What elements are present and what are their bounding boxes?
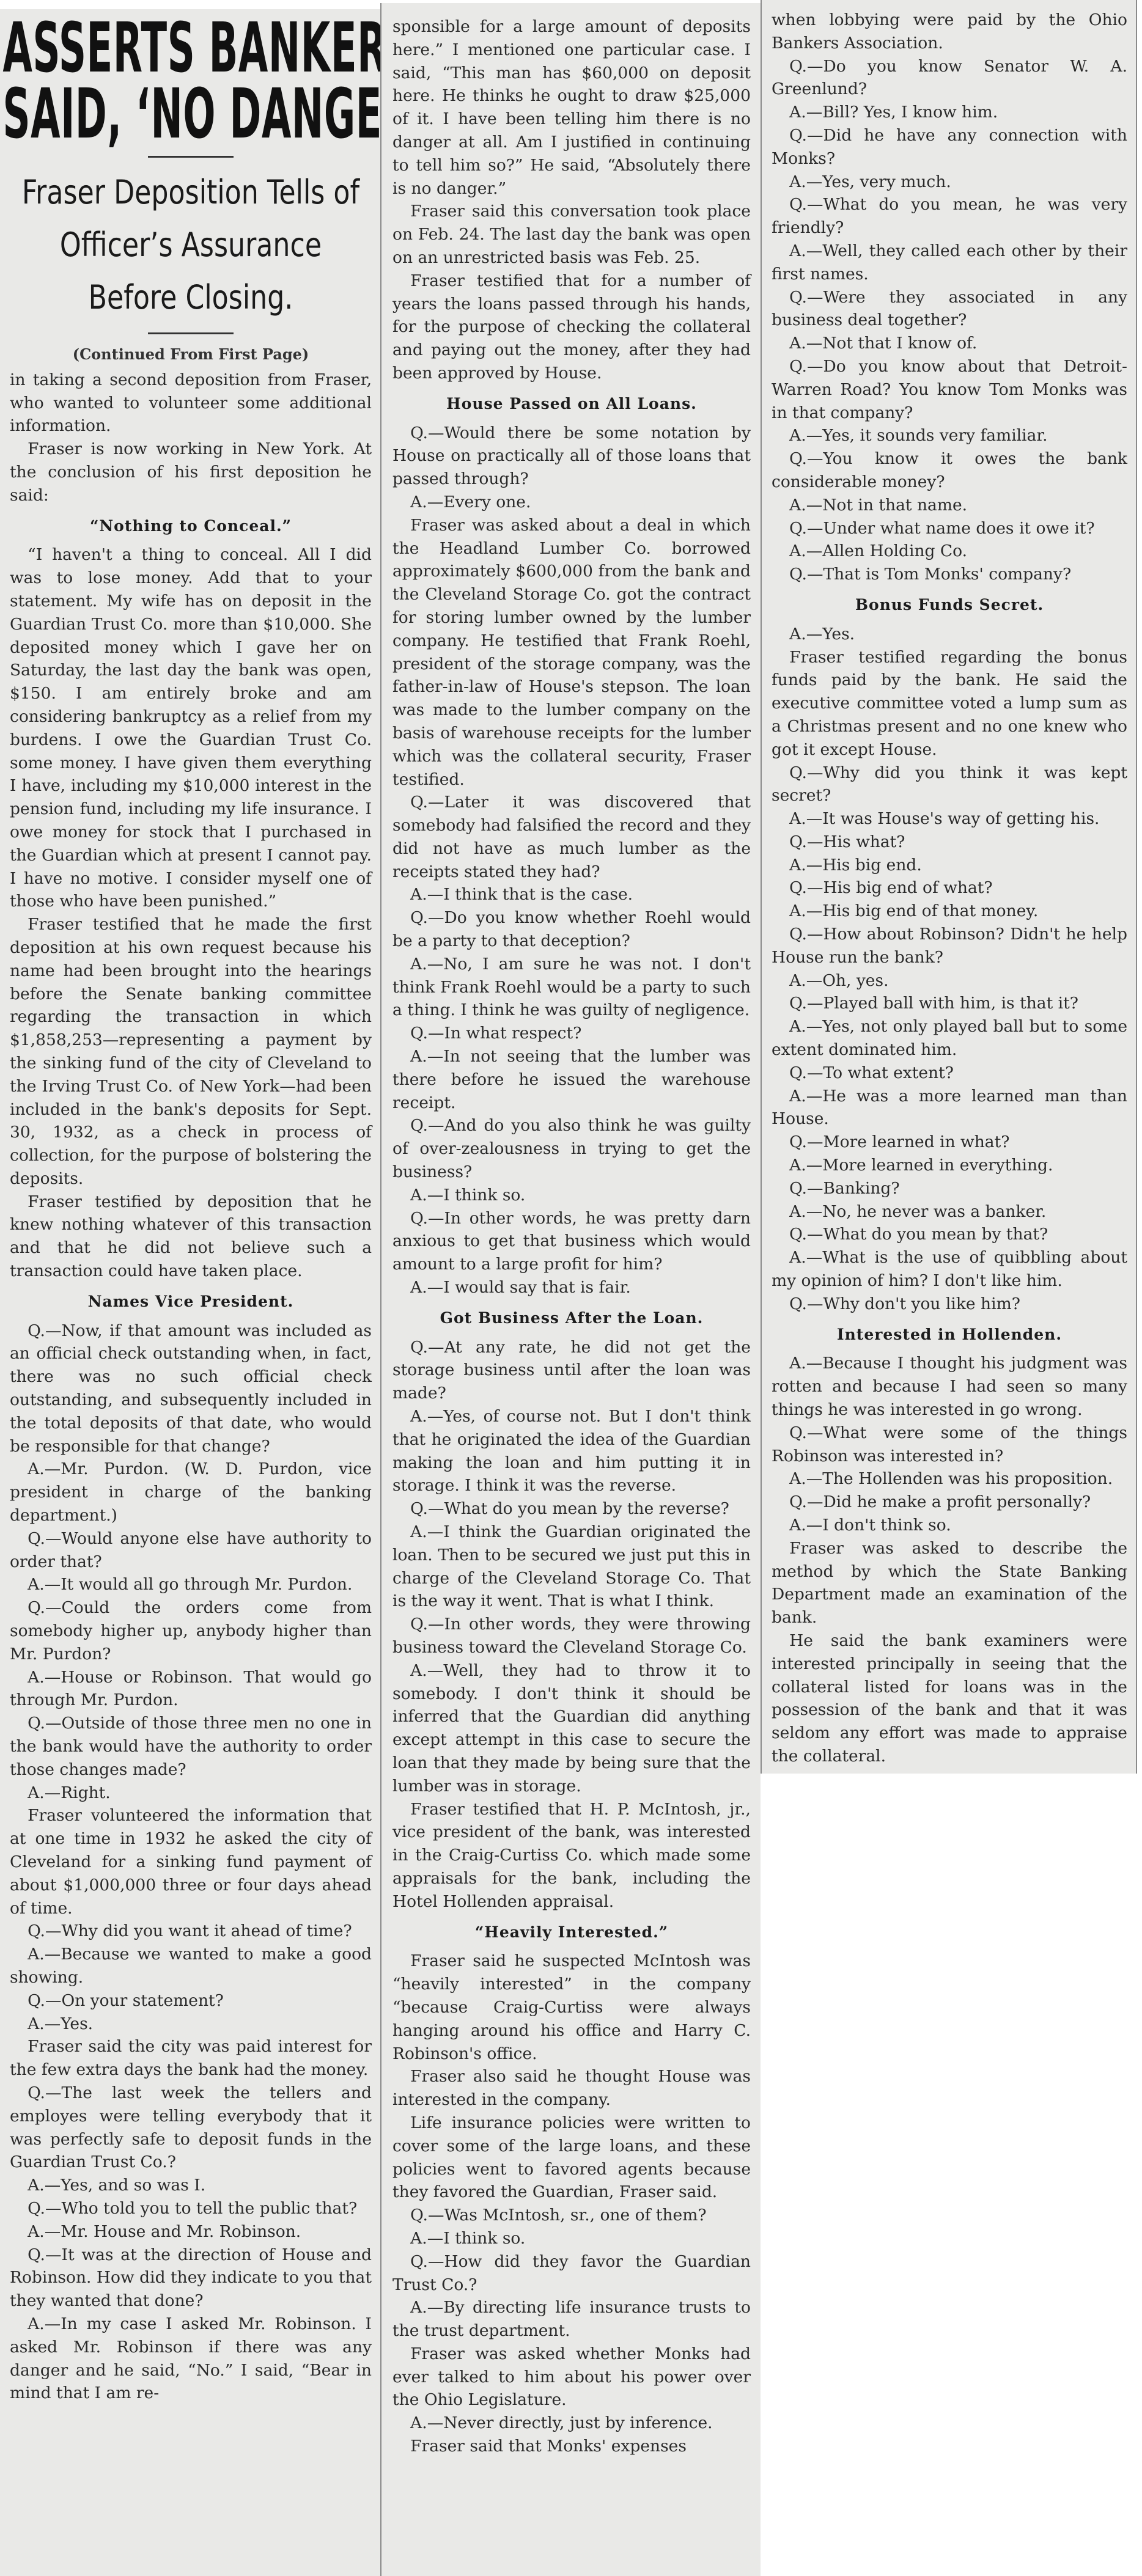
paragraph: Fraser was asked about a deal in which t… <box>392 514 751 791</box>
continued-note: (Continued From First Page) <box>10 343 372 366</box>
paragraph: Q.—Played ball with him, is that it? <box>772 992 1127 1015</box>
headline-line-1: ASSERTS BANKER <box>2 15 378 81</box>
paragraph: A.—Because I thought his judgment was ro… <box>772 1352 1127 1421</box>
paragraph: Q.—Could the orders come from somebody h… <box>10 1596 372 1665</box>
paragraph: Fraser was asked whether Monks had ever … <box>392 2343 751 2412</box>
section-subhead: “Nothing to Conceal.” <box>10 515 372 538</box>
paragraph: A.—It was House's way of getting his. <box>772 807 1127 831</box>
section-subhead: Names Vice President. <box>10 1290 372 1313</box>
paragraph: A.—Well, they called each other by their… <box>772 240 1127 286</box>
paragraph: A.—The Hollenden was his proposition. <box>772 1467 1127 1491</box>
paragraph: Q.—Under what name does it owe it? <box>772 517 1127 540</box>
paragraph: Fraser also said he thought House was in… <box>392 2065 751 2112</box>
paragraph: Fraser testified that for a number of ye… <box>392 270 751 385</box>
paragraph: A.—I think so. <box>392 2227 751 2250</box>
paragraph: A.—In my case I asked Mr. Robinson. I as… <box>10 2313 372 2405</box>
paragraph: Q.—His what? <box>772 831 1127 854</box>
paragraph: Q.—In other words, they were throwing bu… <box>392 1613 751 1659</box>
paragraph: A.—I think the Guardian originated the l… <box>392 1521 751 1613</box>
paragraph: A.—I don't think so. <box>772 1514 1127 1537</box>
paragraph: in taking a second deposition from Frase… <box>10 369 372 438</box>
paragraph: Q.—Why don't you like him? <box>772 1293 1127 1316</box>
paragraph: A.—I would say that is fair. <box>392 1276 751 1299</box>
paragraph: A.—No, he never was a banker. <box>772 1200 1127 1224</box>
section-subhead: “Heavily Interested.” <box>392 1921 751 1944</box>
paragraph: Q.—More learned in what? <box>772 1131 1127 1154</box>
paragraph: A.—House or Robinson. That would go thro… <box>10 1666 372 1712</box>
paragraph: A.—Yes, and so was I. <box>10 2174 372 2197</box>
section-subhead: Got Business After the Loan. <box>392 1307 751 1330</box>
section-subhead: House Passed on All Loans. <box>392 392 751 416</box>
deck-line-2: Officer’s Assurance <box>12 219 369 271</box>
paragraph: A.—Never directly, just by inference. <box>392 2412 751 2435</box>
paragraph: Q.—Why did you think it was kept secret? <box>772 761 1127 808</box>
paragraph: Q.—In what respect? <box>392 1022 751 1045</box>
paragraph: Q.—Were they associated in any business … <box>772 286 1127 332</box>
headline: ASSERTS BANKER SAID, ‘NO DANGER’ <box>2 15 378 147</box>
paragraph: A.—It would all go through Mr. Purdon. <box>10 1573 372 1596</box>
subheadline-deck: Fraser Deposition Tells of Officer’s Ass… <box>12 166 369 324</box>
paragraph: A.—Mr. House and Mr. Robinson. <box>10 2220 372 2244</box>
paragraph: A.—Well, they had to throw it to somebod… <box>392 1659 751 1798</box>
paragraph: A.—Yes. <box>10 2013 372 2036</box>
paragraph: A.—Right. <box>10 1782 372 1805</box>
paragraph: Q.—On your statement? <box>10 1989 372 2013</box>
paragraph: A.—His big end of that money. <box>772 900 1127 923</box>
paragraph: A.—Yes, very much. <box>772 171 1127 194</box>
paragraph: Q.—Do you know about that Detroit-Warren… <box>772 355 1127 424</box>
paragraph: A.—Yes, it sounds very familiar. <box>772 424 1127 447</box>
paragraph: A.—By directing life insurance trusts to… <box>392 2296 751 2343</box>
paragraph: He said the bank examiners were interest… <box>772 1629 1127 1768</box>
section-subhead: Interested in Hollenden. <box>772 1323 1127 1346</box>
article-column-2: sponsible for a large amount of deposits… <box>380 3 761 2576</box>
paragraph: Q.—What do you mean, he was very friendl… <box>772 193 1127 240</box>
paragraph: Q.—It was at the direction of House and … <box>10 2244 372 2313</box>
column-body: when lobbying were paid by the Ohio Bank… <box>772 9 1127 1768</box>
paragraph: A.—Yes, not only played ball but to some… <box>772 1015 1127 1062</box>
paragraph: Q.—Was McIntosh, sr., one of them? <box>392 2204 751 2227</box>
paragraph: A.—I think so. <box>392 1184 751 1207</box>
paragraph: A.—Not that I know of. <box>772 332 1127 355</box>
paragraph: A.—He was a more learned man than House. <box>772 1085 1127 1131</box>
paragraph: Q.—Would anyone else have authority to o… <box>10 1527 372 1574</box>
paragraph: Q.—Do you know whether Roehl would be a … <box>392 906 751 953</box>
paragraph: A.—More learned in everything. <box>772 1154 1127 1177</box>
paragraph: Fraser testified by deposition that he k… <box>10 1191 372 1283</box>
paragraph: A.—Bill? Yes, I know him. <box>772 101 1127 124</box>
paragraph: A.—Yes, of course not. But I don't think… <box>392 1405 751 1497</box>
paragraph: Fraser said this conversation took place… <box>392 200 751 269</box>
paragraph: A.—Not in that name. <box>772 494 1127 517</box>
paragraph: Fraser testified that H. P. McIntosh, jr… <box>392 1798 751 1914</box>
paragraph: Q.—What do you mean by that? <box>772 1223 1127 1246</box>
deck-line-1: Fraser Deposition Tells of <box>12 166 369 219</box>
paragraph: Q.—At any rate, he did not get the stora… <box>392 1336 751 1405</box>
paragraph: Q.—That is Tom Monks' company? <box>772 563 1127 586</box>
paragraph: Q.—And do you also think he was guilty o… <box>392 1114 751 1183</box>
paragraph: A.—His big end. <box>772 854 1127 877</box>
paragraph: A.—No, I am sure he was not. I don't thi… <box>392 953 751 1022</box>
paragraph: Q.—How about Robinson? Didn't he help Ho… <box>772 923 1127 969</box>
paragraph: Q.—His big end of what? <box>772 876 1127 900</box>
deck-divider <box>148 332 234 334</box>
paragraph: Q.—Did he make a profit personally? <box>772 1491 1127 1514</box>
paragraph: A.—Every one. <box>392 491 751 514</box>
section-subhead: Bonus Funds Secret. <box>772 593 1127 617</box>
paragraph: Q.—To what extent? <box>772 1062 1127 1085</box>
paragraph: when lobbying were paid by the Ohio Bank… <box>772 9 1127 55</box>
headline-divider <box>148 156 234 158</box>
paragraph: A.—Oh, yes. <box>772 969 1127 993</box>
paragraph: Fraser is now working in New York. At th… <box>10 438 372 507</box>
paragraph: A.—Mr. Purdon. (W. D. Purdon, vice presi… <box>10 1458 372 1527</box>
headline-line-2: SAID, ‘NO DANGER’ <box>2 81 378 147</box>
paragraph: Q.—Now, if that amount was included as a… <box>10 1319 372 1458</box>
article-column-1: ASSERTS BANKER SAID, ‘NO DANGER’ Fraser … <box>0 9 380 2576</box>
article-column-3: when lobbying were paid by the Ohio Bank… <box>761 0 1137 1774</box>
paragraph: A.—Yes. <box>772 623 1127 646</box>
paragraph: A.—Allen Holding Co. <box>772 540 1127 563</box>
paragraph: Q.—Did he have any connection with Monks… <box>772 124 1127 171</box>
paragraph: Q.—Banking? <box>772 1177 1127 1200</box>
paragraph: A.—What is the use of quibbling about my… <box>772 1246 1127 1293</box>
paragraph: Fraser said the city was paid interest f… <box>10 2035 372 2082</box>
paragraph: Fraser said he suspected McIntosh was “h… <box>392 1950 751 2065</box>
paragraph: sponsible for a large amount of deposits… <box>392 15 751 200</box>
paragraph: Q.—Who told you to tell the public that? <box>10 2197 372 2220</box>
paragraph: Q.—The last week the tellers and employe… <box>10 2082 372 2174</box>
paragraph: A.—Because we wanted to make a good show… <box>10 1943 372 1989</box>
paragraph: Fraser said that Monks' expenses <box>392 2435 751 2458</box>
paragraph: Fraser was asked to describe the method … <box>772 1537 1127 1629</box>
paragraph: Life insurance policies were written to … <box>392 2112 751 2204</box>
paragraph: A.—I think that is the case. <box>392 883 751 906</box>
paragraph: Q.—Do you know Senator W. A. Greenlund? <box>772 55 1127 101</box>
paragraph: Q.—How did they favor the Guardian Trust… <box>392 2250 751 2297</box>
paragraph: Fraser volunteered the information that … <box>10 1804 372 1920</box>
paragraph: A.—In not seeing that the lumber was the… <box>392 1045 751 1114</box>
column-body: in taking a second deposition from Frase… <box>10 369 372 2405</box>
paragraph: “I haven't a thing to conceal. All I did… <box>10 543 372 913</box>
column-body: sponsible for a large amount of deposits… <box>392 15 751 2458</box>
paragraph: Fraser testified that he made the first … <box>10 913 372 1191</box>
paragraph: Q.—Would there be some notation by House… <box>392 422 751 491</box>
paragraph: Q.—In other words, he was pretty darn an… <box>392 1207 751 1276</box>
paragraph: Q.—Why did you want it ahead of time? <box>10 1920 372 1943</box>
paragraph: Q.—You know it owes the bank considerabl… <box>772 447 1127 494</box>
paragraph: Q.—Later it was discovered that somebody… <box>392 791 751 883</box>
paragraph: Q.—Outside of those three men no one in … <box>10 1712 372 1781</box>
paragraph: Q.—What were some of the things Robinson… <box>772 1422 1127 1468</box>
paragraph: Q.—What do you mean by the reverse? <box>392 1497 751 1521</box>
deck-line-3: Before Closing. <box>12 271 369 324</box>
paragraph: Fraser testified regarding the bonus fun… <box>772 646 1127 761</box>
